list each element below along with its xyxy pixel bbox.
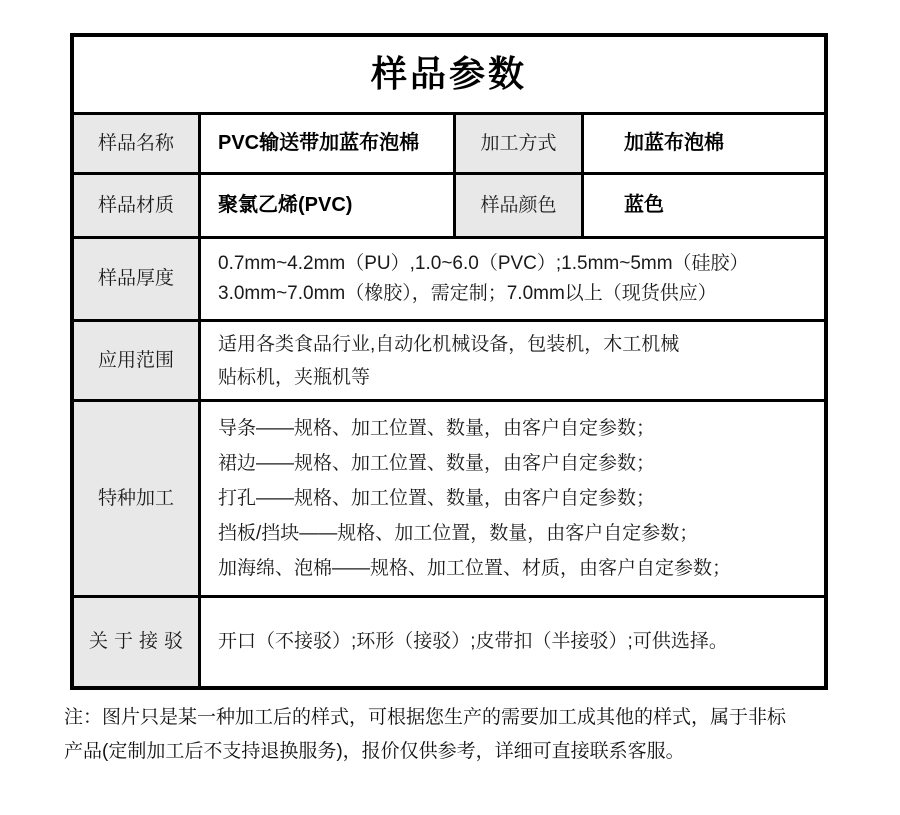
value-about-joint: 开口（不接驳）;环形（接驳）;皮带扣（半接驳）;可供选择。 [201,598,824,686]
value-sample-thickness: 0.7mm~4.2mm（PU）,1.0~6.0（PVC）;1.5mm~5mm（硅… [201,239,824,319]
value-application-range: 适用各类食品行业,自动化机械设备，包装机，木工机械 贴标机，夹瓶机等 [201,322,824,399]
footer-note: 注：图片只是某一种加工后的样式，可根据您生产的需要加工成其他的样式，属于非标 产… [64,701,850,769]
label-special-processing: 特种加工 [74,402,198,595]
value-sample-material: 聚氯乙烯(PVC) [201,175,453,236]
value-special-processing: 导条——规格、加工位置、数量，由客户自定参数； 裙边——规格、加工位置、数量，由… [201,402,824,595]
value-sample-color: 蓝色 [584,175,824,236]
label-processing-method: 加工方式 [456,115,581,172]
label-about-joint: 关于接驳 [74,598,198,686]
value-processing-method: 加蓝布泡棉 [584,115,824,172]
label-sample-thickness: 样品厚度 [74,239,198,319]
sample-parameters-table: 样品参数 样品名称 PVC输送带加蓝布泡棉 加工方式 加蓝布泡棉 样品材质 聚氯… [70,33,828,690]
label-sample-material: 样品材质 [74,175,198,236]
page: 样品参数 样品名称 PVC输送带加蓝布泡棉 加工方式 加蓝布泡棉 样品材质 聚氯… [0,0,900,815]
value-sample-name: PVC输送带加蓝布泡棉 [201,115,453,172]
table-title: 样品参数 [74,37,824,112]
label-application-range: 应用范围 [74,322,198,399]
label-sample-name: 样品名称 [74,115,198,172]
label-sample-color: 样品颜色 [456,175,581,236]
